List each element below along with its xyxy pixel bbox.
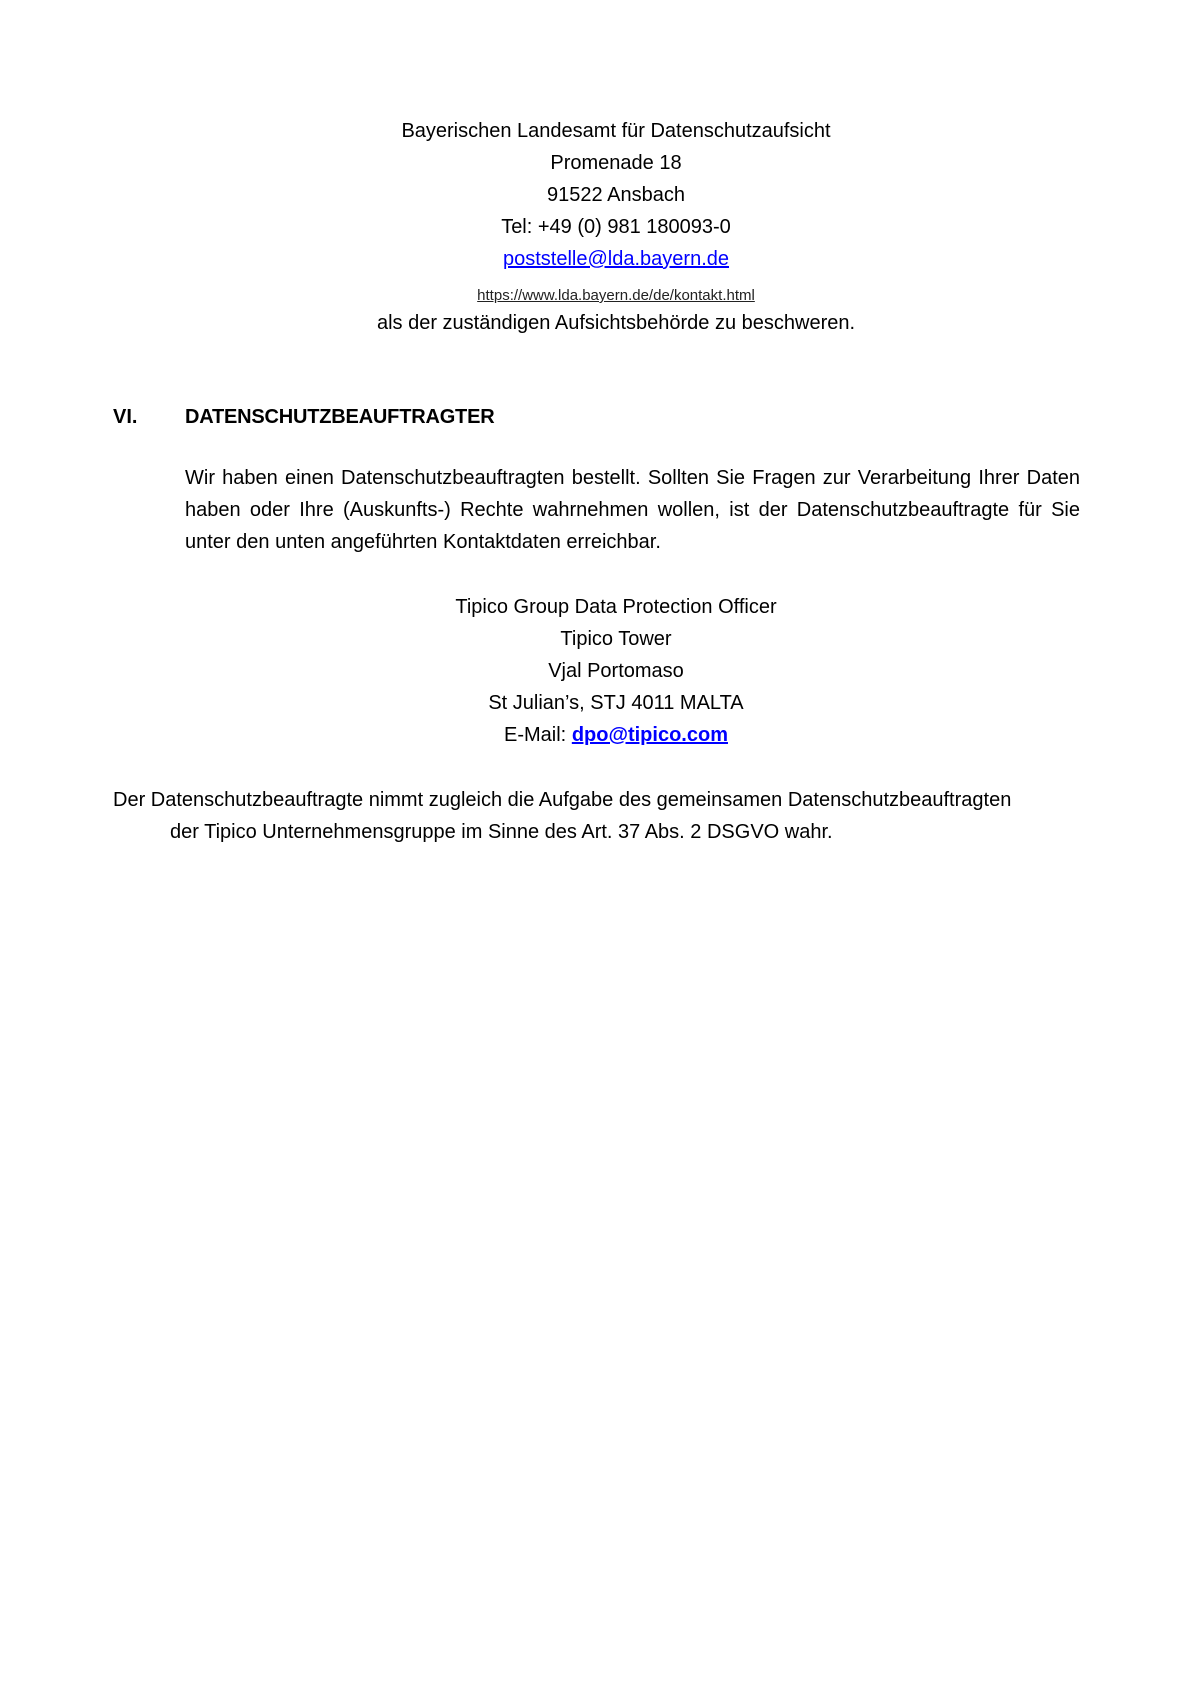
dpo-email-link[interactable]: dpo@tipico.com xyxy=(572,724,728,746)
closing-line-2: der Tipico Unternehmensgruppe im Sinne d… xyxy=(113,816,1011,848)
dpo-city: St Julian’s, STJ 4011 MALTA xyxy=(0,691,1190,715)
paragraph-line: unter den unten angeführten Kontaktdaten… xyxy=(185,526,1080,558)
authority-email-line: poststelle@lda.bayern.de xyxy=(0,247,1190,271)
authority-closing-text: als der zuständigen Aufsichtsbehörde zu … xyxy=(0,311,1190,335)
closing-line-1: Der Datenschutzbeauftragte nimmt zugleic… xyxy=(113,784,1011,816)
section-number: VI. xyxy=(113,405,137,429)
authority-name: Bayerischen Landesamt für Datenschutzauf… xyxy=(0,119,1190,143)
authority-phone: Tel: +49 (0) 981 180093-0 xyxy=(0,215,1190,239)
document-page: Bayerischen Landesamt für Datenschutzauf… xyxy=(0,0,1190,1683)
section-paragraph: Wir haben einen Datenschutzbeauftragten … xyxy=(185,462,1080,558)
authority-email-link[interactable]: poststelle@lda.bayern.de xyxy=(503,248,729,270)
section-title: DATENSCHUTZBEAUFTRAGTER xyxy=(185,405,494,429)
closing-paragraph: Der Datenschutzbeauftragte nimmt zugleic… xyxy=(113,784,1011,848)
dpo-email-label: E-Mail: xyxy=(504,724,572,746)
authority-city: 91522 Ansbach xyxy=(0,183,1190,207)
authority-street: Promenade 18 xyxy=(0,151,1190,175)
paragraph-line: haben oder Ihre (Auskunfts-) Rechte wahr… xyxy=(185,494,1080,526)
authority-url-line: https://www.lda.bayern.de/de/kontakt.htm… xyxy=(0,282,1190,308)
paragraph-line: Wir haben einen Datenschutzbeauftragten … xyxy=(185,462,1080,494)
authority-url-link[interactable]: https://www.lda.bayern.de/de/kontakt.htm… xyxy=(477,287,755,304)
dpo-building: Tipico Tower xyxy=(0,627,1190,651)
dpo-email-line: E-Mail: dpo@tipico.com xyxy=(0,723,1190,747)
dpo-name: Tipico Group Data Protection Officer xyxy=(0,595,1190,619)
dpo-street: Vjal Portomaso xyxy=(0,659,1190,683)
